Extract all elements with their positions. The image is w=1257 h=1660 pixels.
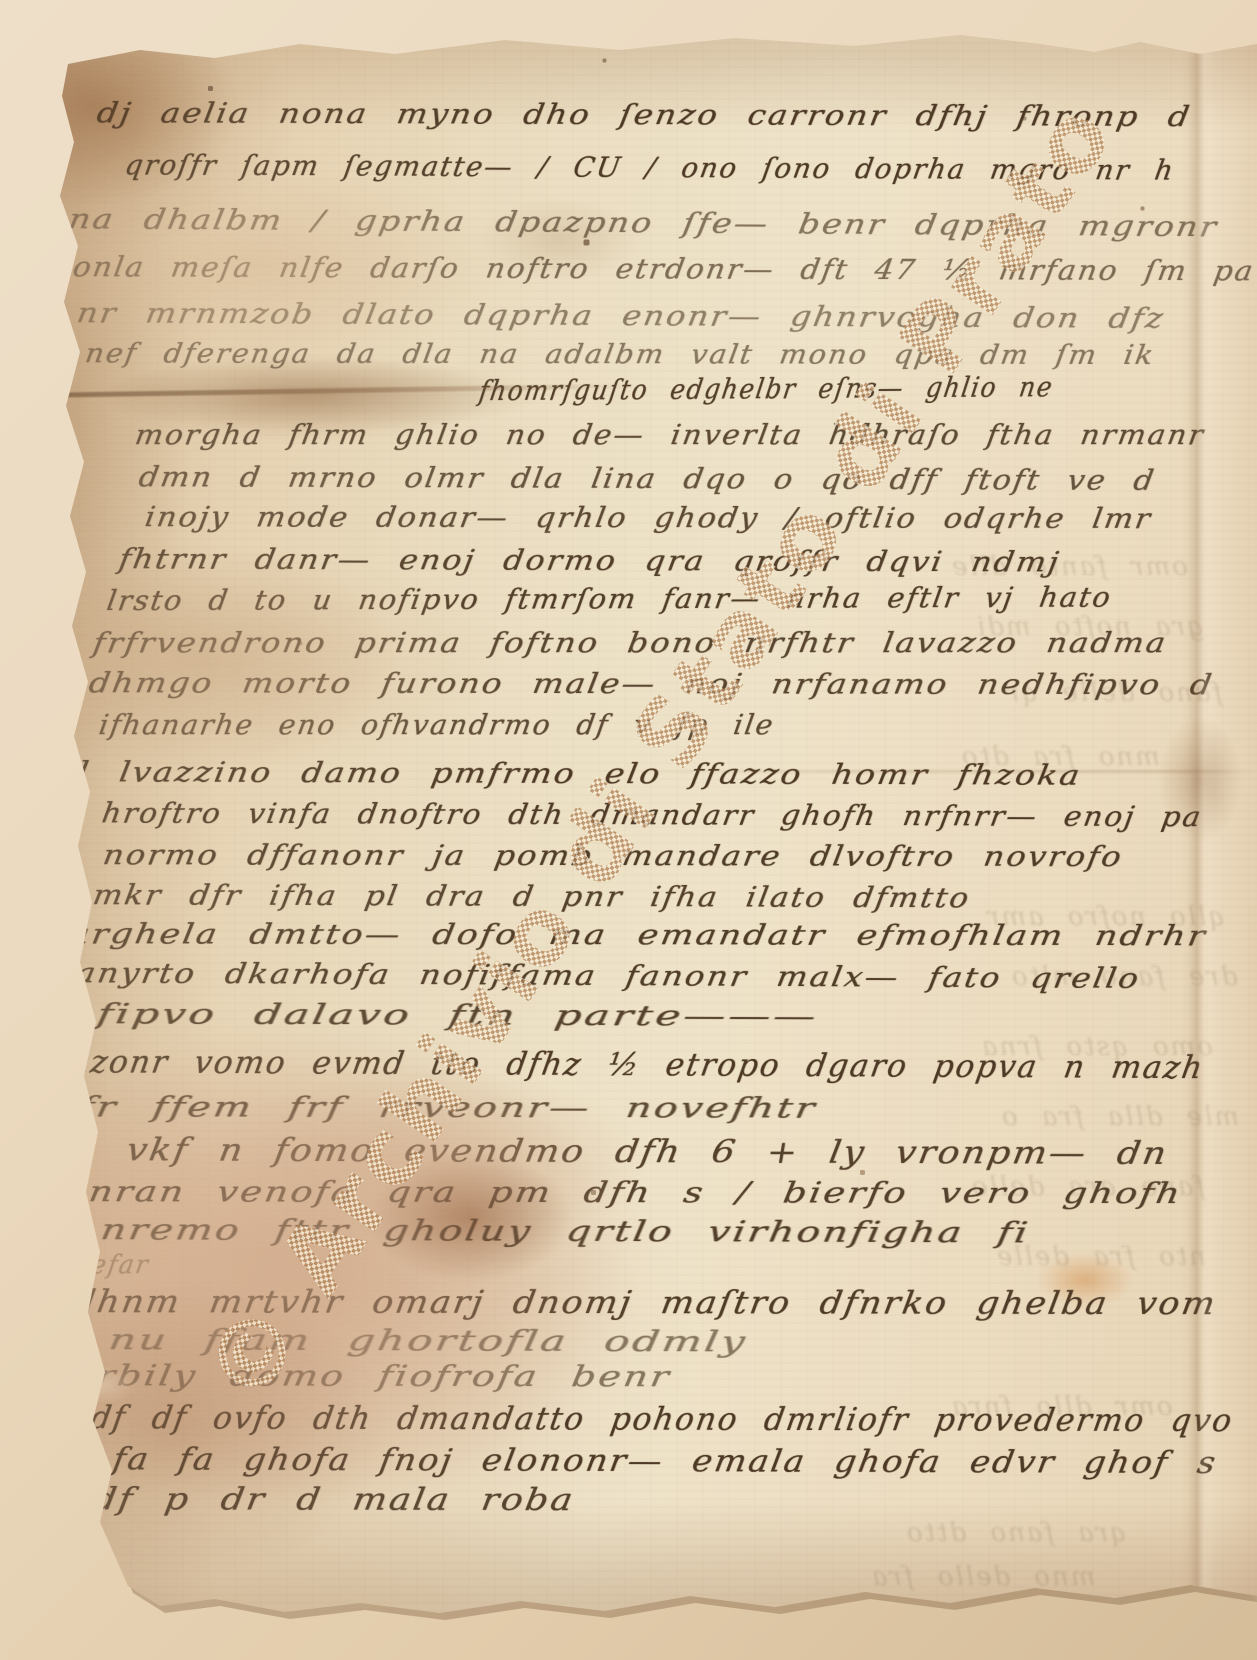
stain-dark-overlay: [0, 0, 1257, 1660]
manuscript-page: omr fanto dllegra nofto mdifano delle qr…: [0, 0, 1257, 1660]
fold-crease-horizontal: [600, 770, 1257, 773]
scanner-background: omr fanto dllegra nofto mdifano delle qr…: [0, 0, 1257, 1660]
fold-crease-vertical: [1188, 40, 1214, 1598]
ink-specks: [0, 0, 1, 1]
